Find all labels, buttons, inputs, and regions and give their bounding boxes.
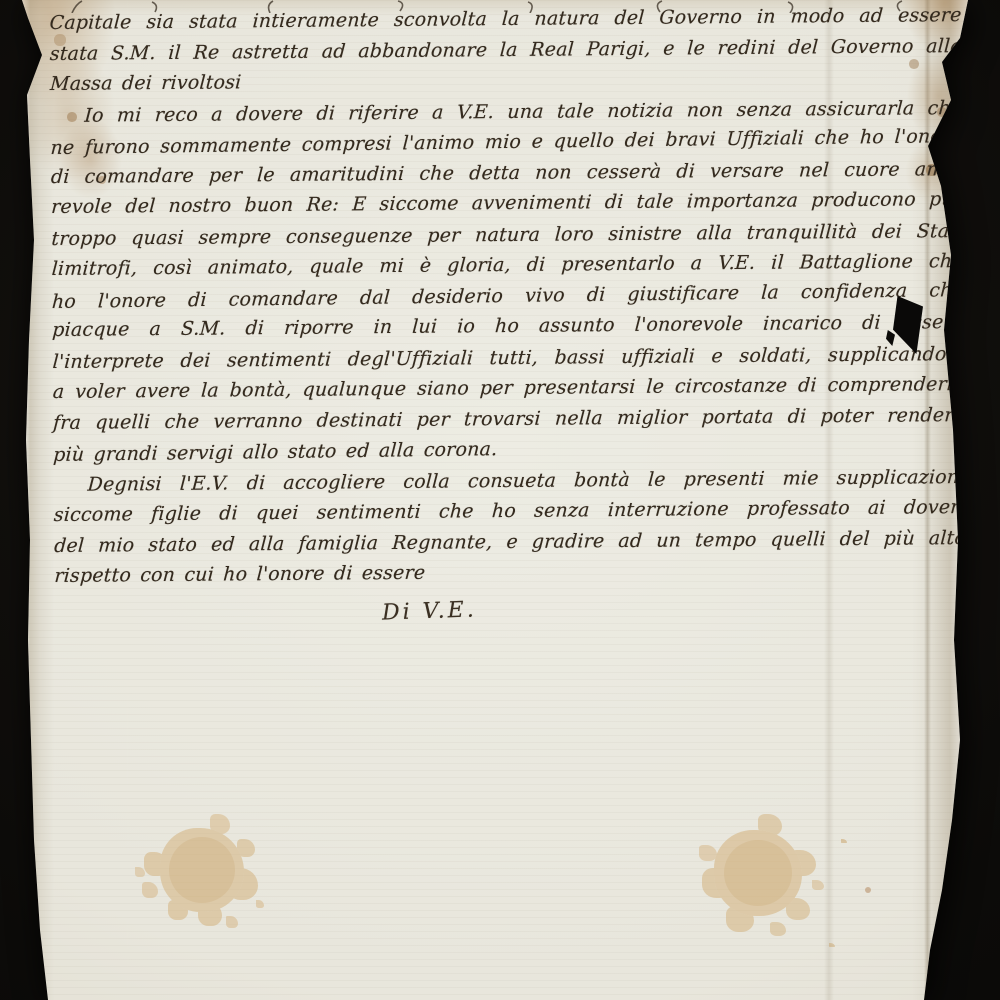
photo-stage: Capitale sia stata intieramente sconvolt… <box>0 0 1000 1000</box>
paper-sheet: Capitale sia stata intieramente sconvolt… <box>0 0 1000 1000</box>
paper-shadow-wrap: Capitale sia stata intieramente sconvolt… <box>0 0 1000 1000</box>
closing-salutation: Di V.E. <box>382 597 478 625</box>
foxing-specks <box>0 0 4 4</box>
blot-stain-left <box>160 828 244 912</box>
blot-stain-right <box>714 830 802 916</box>
letter-body: Capitale sia stata intieramente sconvolt… <box>49 0 966 591</box>
